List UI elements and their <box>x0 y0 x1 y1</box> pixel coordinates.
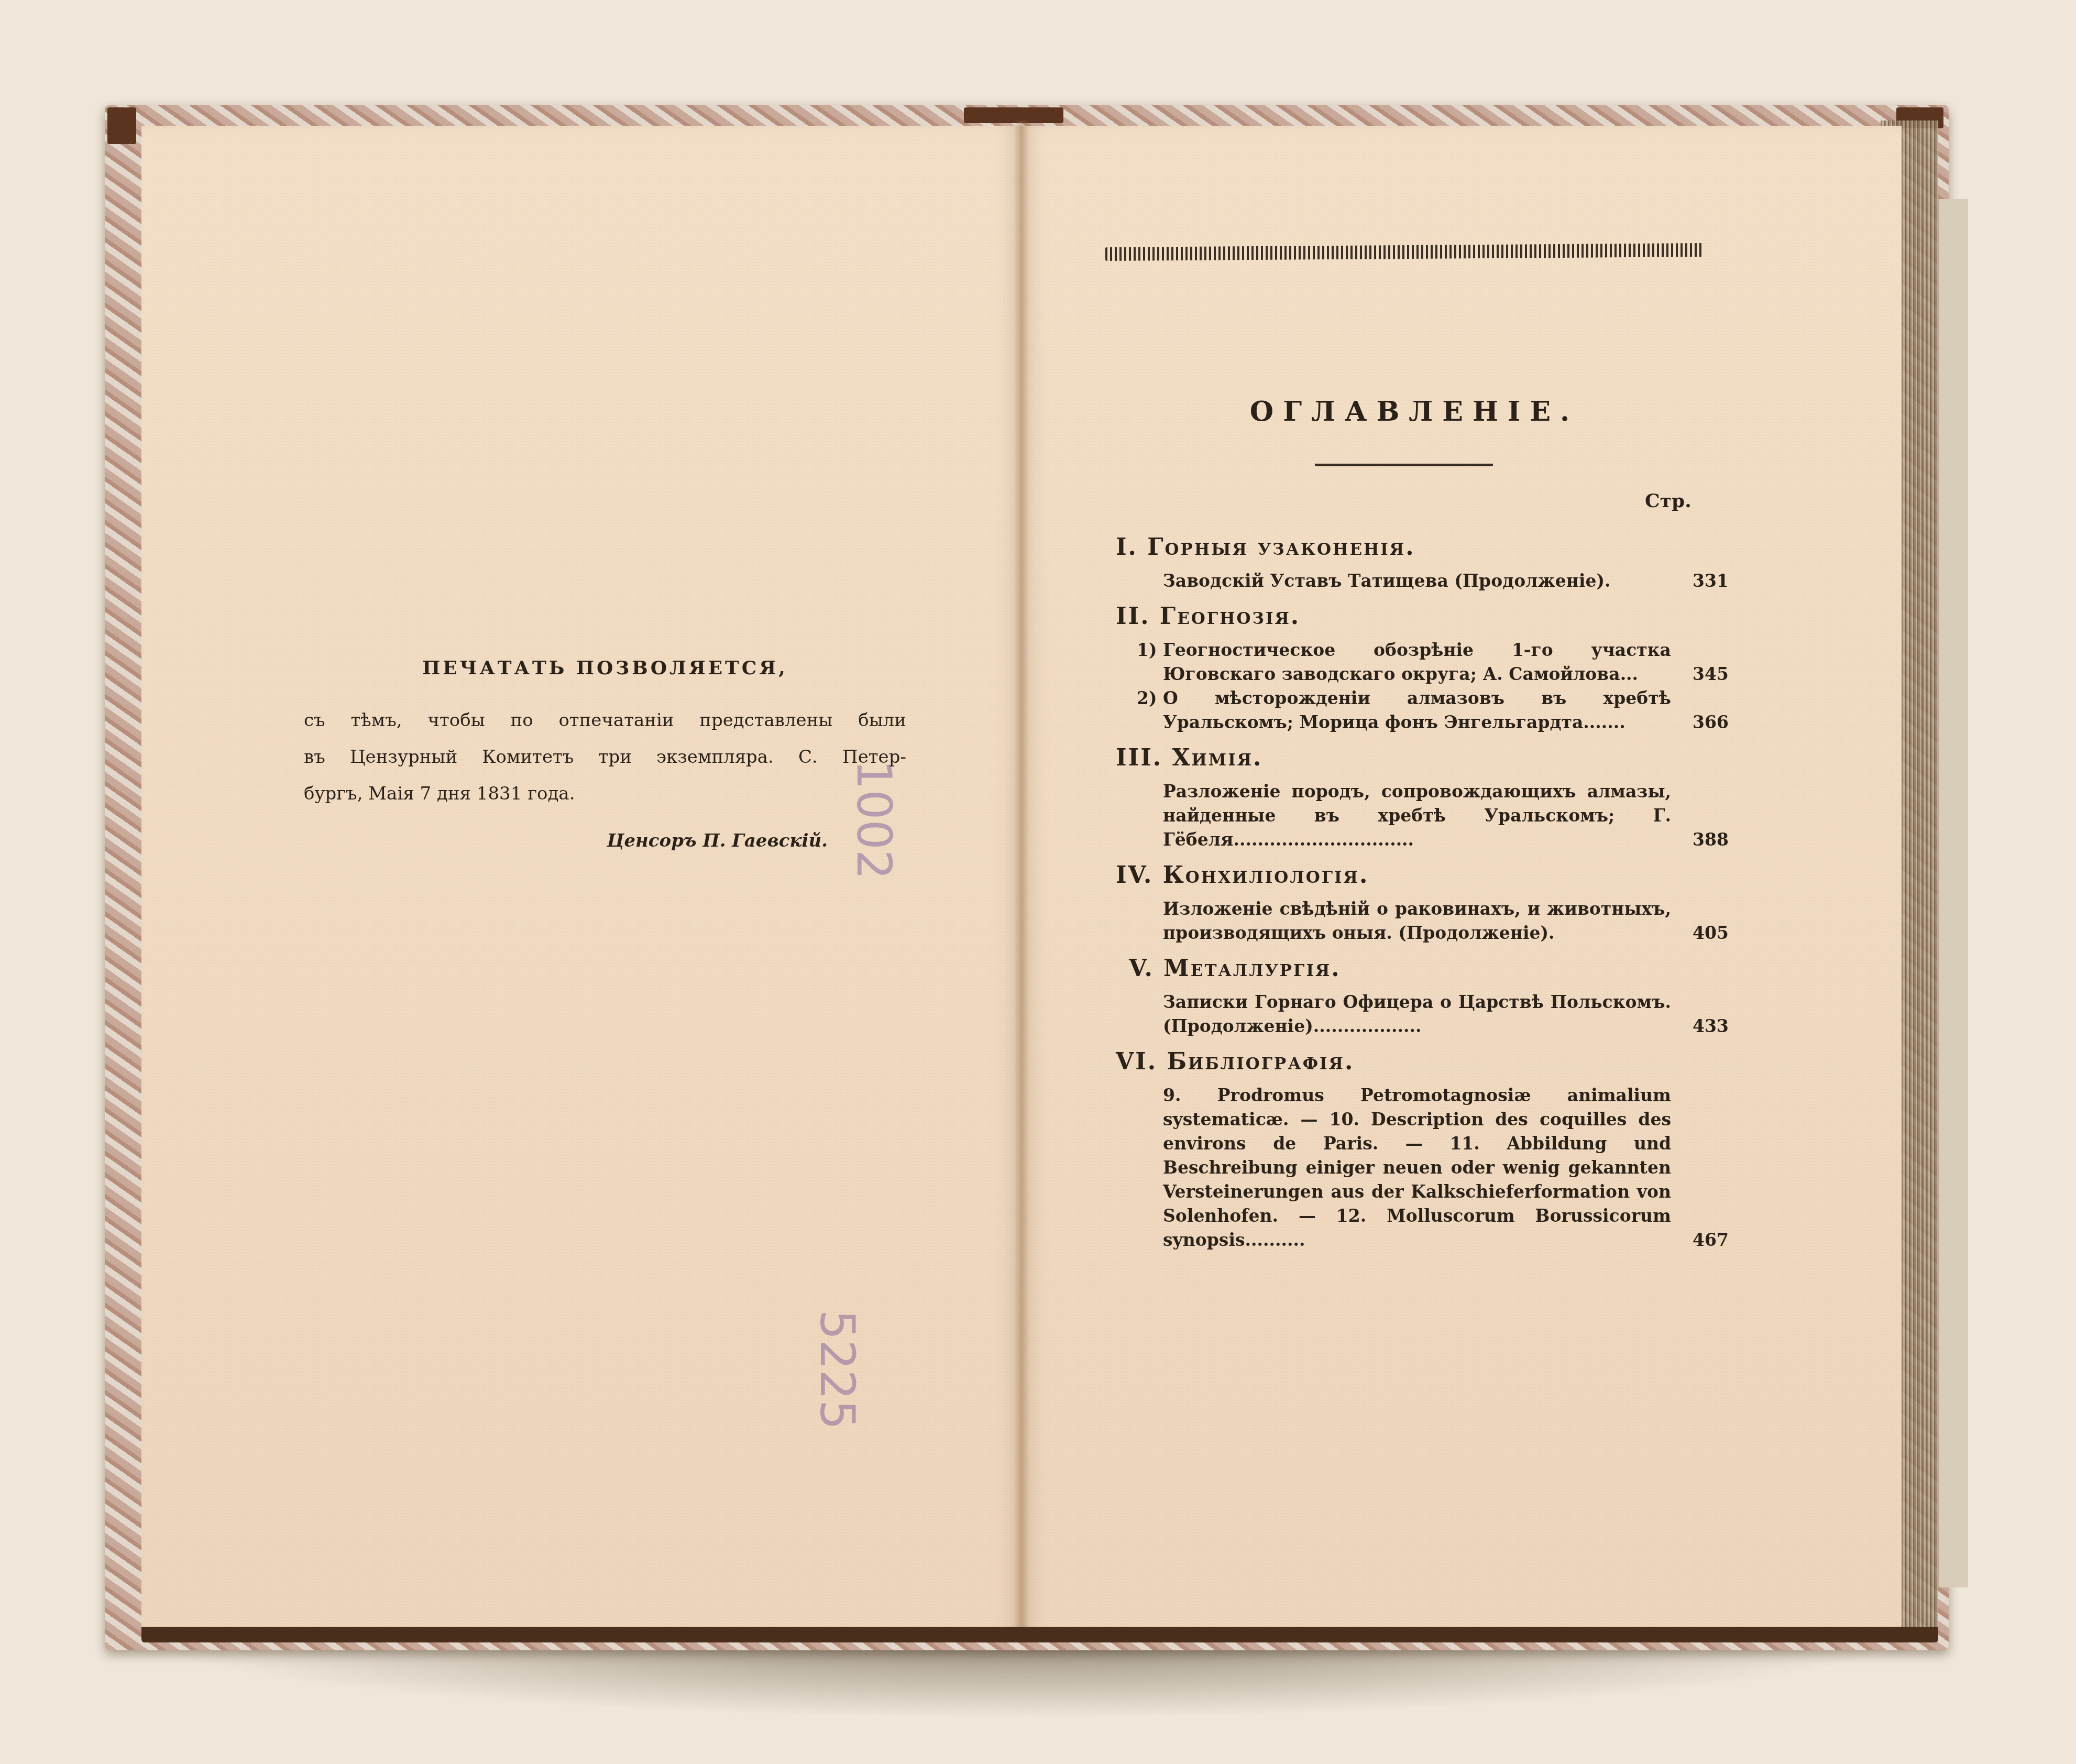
toc-section: IV. Конхиліологія. Изложеніе свѣдѣній о … <box>1116 863 1729 945</box>
library-stamp-upper: 1002 <box>846 760 901 880</box>
book-bottom-edge <box>141 1627 1938 1642</box>
toc-section: VI. Библіографія. 9. Prodromus Petromota… <box>1116 1050 1729 1252</box>
entry-text: О мѣсторожденіи алмазовъ въ хребтѣ Ураль… <box>1163 688 1671 732</box>
entry-text: Изложеніе свѣдѣній о раковинахъ, и живот… <box>1163 899 1671 943</box>
section-title: Металлургія. <box>1163 955 1341 982</box>
left-page <box>141 126 1021 1635</box>
entry-text: Геогностическое обозрѣніе 1-го участка Ю… <box>1163 640 1671 684</box>
section-numeral: III. <box>1116 744 1162 771</box>
section-title: Конхиліологія. <box>1163 862 1369 889</box>
entry-page-number: 405 <box>1693 921 1729 945</box>
entry-number: 1) <box>1137 638 1157 662</box>
toc-title: ОГЛАВЛЕНІЕ. <box>1074 396 1755 428</box>
section-heading: II. Геогнозія. <box>1116 605 1729 629</box>
section-heading: VI. Библіографія. <box>1116 1050 1729 1074</box>
toc-entry: Изложеніе свѣдѣній о раковинахъ, и живот… <box>1116 897 1729 945</box>
entry-page-number: 345 <box>1693 662 1729 686</box>
leather-corner-top-left <box>107 107 136 144</box>
section-heading: I. Горныя узаконенія. <box>1116 535 1729 560</box>
page-column-header: Стр. <box>1645 490 1691 512</box>
entry-text: 9. Prodromus Petromotagnosiæ animalium s… <box>1163 1085 1671 1250</box>
toc-entry: Заводскій Уставъ Татищева (Продолженіе).… <box>1116 569 1729 593</box>
toc-section: III. Химія. Разложеніе породъ, сопровожд… <box>1116 746 1729 852</box>
censor-signature: Ценсоръ П. Гаевскій. <box>304 823 906 859</box>
table-of-contents: I. Горныя узаконенія. Заводскій Уставъ Т… <box>1116 529 1729 1264</box>
section-title: Библіографія. <box>1167 1048 1354 1075</box>
toc-section: I. Горныя узаконенія. Заводскій Уставъ Т… <box>1116 535 1729 593</box>
entry-page-number: 388 <box>1693 828 1729 852</box>
section-numeral: II. <box>1116 603 1150 630</box>
section-title: Химія. <box>1172 744 1262 771</box>
section-numeral: I. <box>1116 534 1138 561</box>
section-heading: IV. Конхиліологія. <box>1116 863 1729 888</box>
entry-text: Заводскій Уставъ Татищева (Продолженіе). <box>1163 571 1611 591</box>
entry-page-number: 467 <box>1693 1228 1729 1252</box>
imprimatur-title: ПЕЧАТАТЬ ПОЗВОЛЯЕТСЯ, <box>304 650 906 686</box>
section-title: Горныя узаконенія. <box>1147 534 1415 561</box>
library-stamp-lower: 5225 <box>809 1310 864 1430</box>
imprimatur-line: въ Цензурный Комитетъ три экземпляра. С.… <box>304 739 906 775</box>
entry-page-number: 331 <box>1693 569 1729 593</box>
imprimatur-block: ПЕЧАТАТЬ ПОЗВОЛЯЕТСЯ, съ тѣмъ, чтобы по … <box>304 650 906 859</box>
section-title: Геогнозія. <box>1160 603 1300 630</box>
section-numeral: VI. <box>1116 1048 1157 1075</box>
toc-entry: 9. Prodromus Petromotagnosiæ animalium s… <box>1116 1083 1729 1252</box>
toc-entry: 1) Геогностическое обозрѣніе 1-го участк… <box>1116 638 1729 686</box>
section-numeral: V. <box>1129 955 1154 982</box>
entry-page-number: 433 <box>1693 1014 1729 1038</box>
entry-text: Записки Горнаго Офицера о Царствѣ Польск… <box>1163 992 1671 1036</box>
section-heading: III. Химія. <box>1116 746 1729 770</box>
imprimatur-line: бургъ, Маія 7 дня 1831 года. <box>304 775 906 812</box>
toc-section: II. Геогнозія. 1) Геогностическое обозрѣ… <box>1116 605 1729 735</box>
section-heading: V. Металлургія. <box>1116 957 1729 981</box>
entry-number: 2) <box>1137 686 1157 710</box>
toc-entry: 2) О мѣсторожденіи алмазовъ въ хребтѣ Ур… <box>1116 686 1729 735</box>
section-numeral: IV. <box>1116 862 1153 889</box>
toc-entry: Разложеніе породъ, сопровождающихъ алмаз… <box>1116 780 1729 852</box>
toc-section: V. Металлургія. Записки Горнаго Офицера … <box>1116 957 1729 1038</box>
book-gutter <box>1014 120 1029 1640</box>
entry-text: Разложеніе породъ, сопровождающихъ алмаз… <box>1163 781 1671 850</box>
endpaper-tab <box>1938 199 1968 1587</box>
title-underline <box>1315 464 1493 466</box>
imprimatur-line: съ тѣмъ, чтобы по отпечатаніи представле… <box>304 702 906 739</box>
entry-page-number: 366 <box>1693 710 1729 735</box>
toc-entry: Записки Горнаго Офицера о Царствѣ Польск… <box>1116 990 1729 1038</box>
